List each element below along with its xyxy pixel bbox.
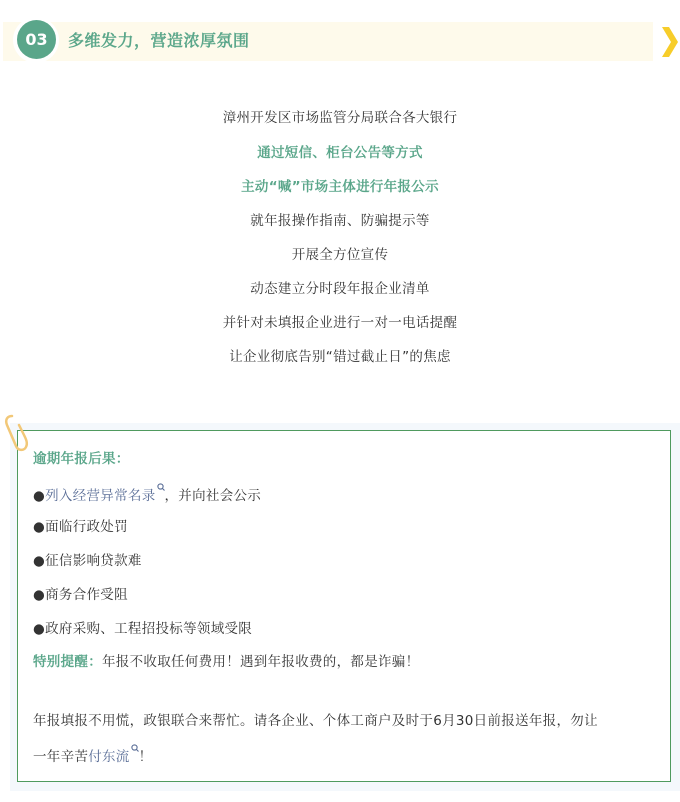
section-title: 多维发力，营造浓厚氛围 <box>68 30 250 52</box>
closing-line-2: 一年辛苦付东流！ <box>33 744 152 767</box>
consequence-text: 商务合作受阻 <box>45 587 128 603</box>
special-reminder: 特别提醒：年报不收取任何费用！遇到年报收费的，都是诈骗！ <box>33 652 419 672</box>
consequence-item-1: ●列入经营异常名录，并向社会公示 <box>33 483 261 506</box>
body-line-4: 就年报操作指南、防骗提示等 <box>0 211 680 231</box>
bullet: ● <box>33 587 45 603</box>
reminder-label: 特别提醒： <box>33 654 102 670</box>
body-line-1: 漳州开发区市场监管分局联合各大银行 <box>0 108 680 128</box>
search-icon[interactable] <box>157 483 165 493</box>
reminder-text: 年报不收取任何费用！遇到年报收费的，都是诈骗！ <box>102 654 419 670</box>
closing-prefix: 一年辛苦 <box>33 749 88 765</box>
bullet: ● <box>33 519 45 535</box>
consequence-text: ，并向社会公示 <box>165 488 262 504</box>
body-line-6: 动态建立分时段年报企业清单 <box>0 279 680 299</box>
chevron-right-icon <box>661 27 679 57</box>
consequences-heading: 逾期年报后果： <box>33 449 130 469</box>
closing-suffix: ！ <box>139 749 153 765</box>
consequence-item-2: ●面临行政处罚 <box>33 517 128 537</box>
consequence-item-3: ●征信影响贷款难 <box>33 551 142 571</box>
consequence-text: 面临行政处罚 <box>45 519 128 535</box>
consequence-text: 征信影响贷款难 <box>45 553 142 569</box>
search-icon[interactable] <box>131 744 139 754</box>
body-line-5: 开展全方位宣传 <box>0 245 680 265</box>
body-line-3-highlight: 主动“喊”市场主体进行年报公示 <box>0 177 680 197</box>
closing-line-1: 年报填报不用慌，政银联合来帮忙。请各企业、个体工商户及时于6月30日前报送年报，… <box>33 711 598 731</box>
consequence-item-4: ●商务合作受阻 <box>33 585 128 605</box>
idiom-link[interactable]: 付东流 <box>88 749 129 765</box>
consequence-text: 政府采购、工程招投标等领域受限 <box>45 621 252 637</box>
abnormal-list-link[interactable]: 列入经营异常名录 <box>45 488 155 504</box>
bullet: ● <box>33 488 45 504</box>
consequence-item-5: ●政府采购、工程招投标等领域受限 <box>33 619 252 639</box>
body-line-7: 并针对未填报企业进行一对一电话提醒 <box>0 313 680 333</box>
section-number-badge: 03 <box>17 20 56 59</box>
paperclip-icon <box>3 413 29 453</box>
bullet: ● <box>33 553 45 569</box>
bullet: ● <box>33 621 45 637</box>
body-line-2-highlight: 通过短信、柜台公告等方式 <box>0 143 680 163</box>
body-line-8: 让企业彻底告别“错过截止日”的焦虑 <box>0 347 680 367</box>
